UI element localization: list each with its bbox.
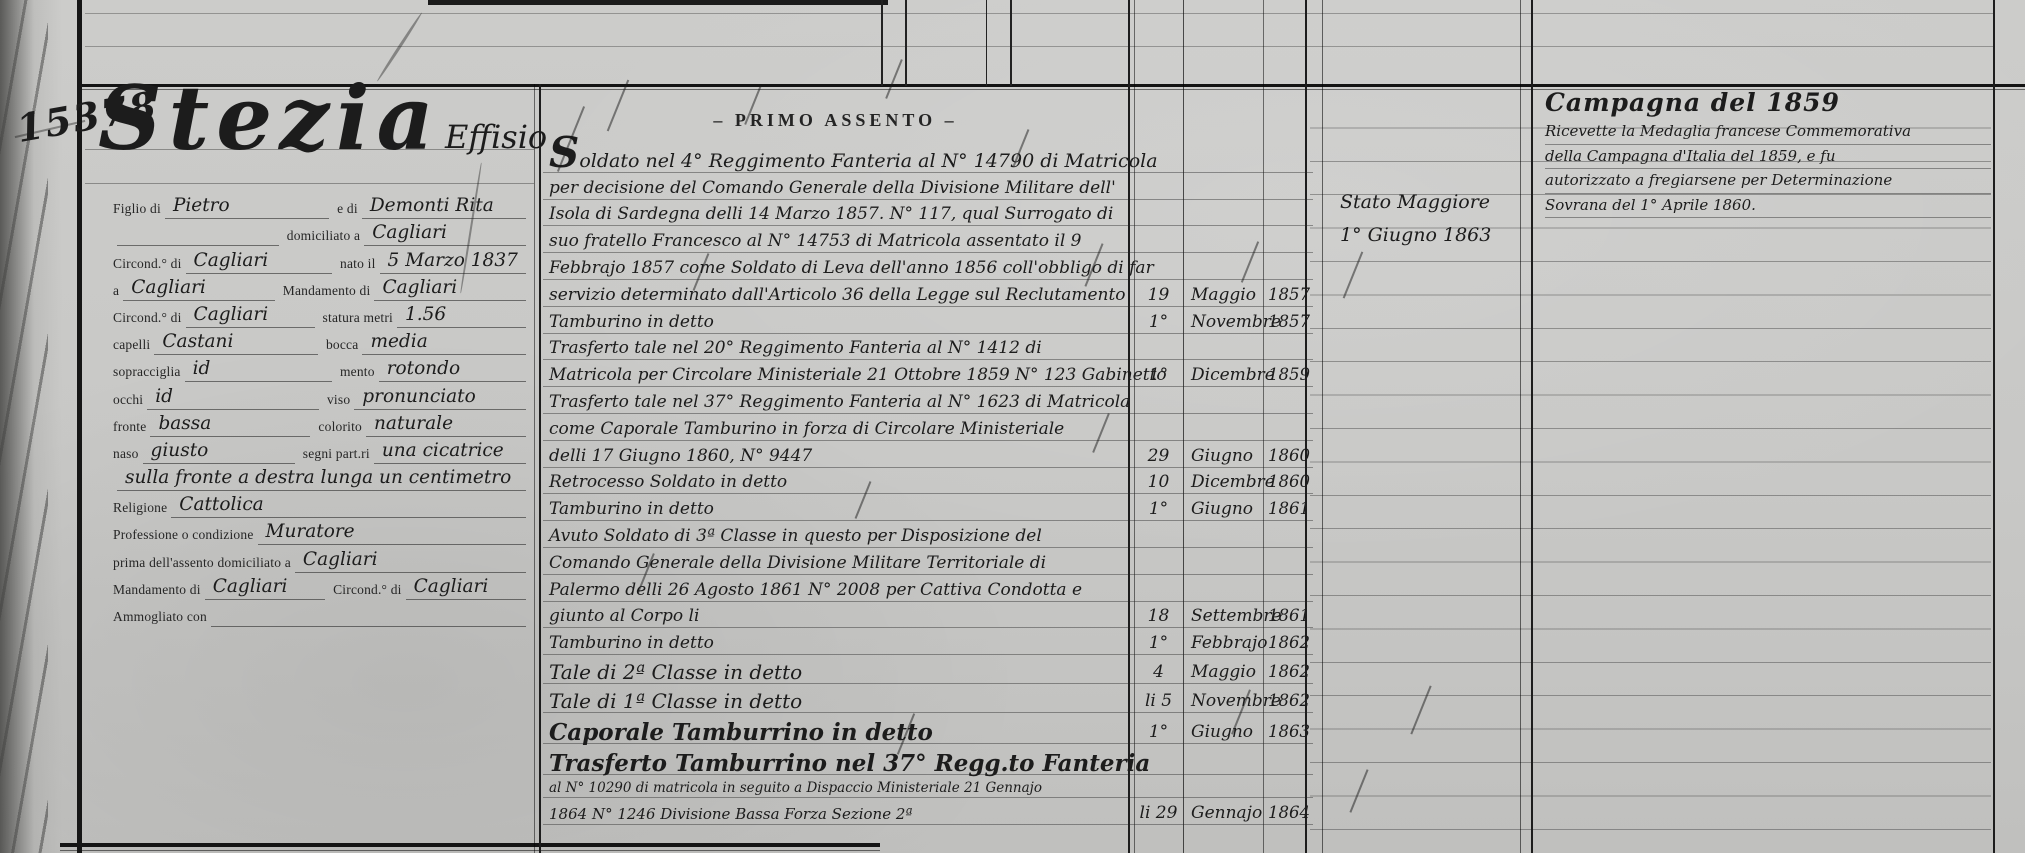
service-entry-row: Trasferto Tamburrino nel 37° Regg.to Fan…	[543, 744, 1313, 775]
entry-year: 1859	[1266, 364, 1312, 386]
service-entry-text: Tale di 1ª Classe in detto	[549, 690, 1124, 713]
service-entry-text: Febbrajo 1857 come Soldato di Leva dell'…	[549, 257, 1124, 280]
form-field-row: naso giusto segni part.ri una cicatrice	[85, 437, 536, 464]
entry-month: Dicembre	[1188, 471, 1269, 493]
service-entry-row: Tale di 1ª Classe in detto li 5 Novembre…	[543, 684, 1313, 713]
entry-day: li 5	[1135, 690, 1182, 712]
vertical-rule-top	[1010, 0, 1012, 86]
entry-day: li 29	[1135, 802, 1182, 824]
service-entry-row: per decisione del Comando Generale della…	[543, 173, 1313, 200]
check-mark	[885, 59, 903, 99]
field-label: fronte	[113, 419, 150, 437]
entry-year: 1864	[1266, 802, 1312, 824]
form-field-row: Circond.° di Cagliari statura metri 1.56	[85, 301, 536, 328]
field-value: Cagliari	[186, 251, 332, 274]
horizontal-rule	[85, 13, 1993, 14]
field-value: Cagliari	[123, 278, 275, 301]
service-entry-row: Palermo delli 26 Agosto 1861 N° 2008 per…	[543, 575, 1313, 602]
service-entry-row: Tamburino in detto 1° Febbrajo 1862	[543, 628, 1313, 655]
entry-month: Febbrajo	[1188, 632, 1269, 654]
service-entry-text: Trasferto tale nel 37° Reggimento Fanter…	[549, 391, 1124, 414]
campaign-title: Campagna del 1859	[1545, 86, 1991, 120]
form-field-row: Ammogliato con	[85, 600, 536, 627]
service-entry-text: Tale di 2ª Classe in detto	[549, 661, 1124, 684]
field-value: giusto	[143, 441, 295, 464]
service-entry-row: 1864 N° 1246 Divisione Bassa Forza Sezio…	[543, 798, 1313, 825]
service-entry-row: Caporale Tamburrino in detto 1° Giugno 1…	[543, 713, 1313, 744]
form-field-row: Figlio di Pietro e di Demonti Rita	[85, 192, 536, 219]
service-entry-text: Comando Generale della Divisione Militar…	[549, 552, 1124, 575]
field-value: sulla fronte a destra lunga un centimetr…	[117, 468, 526, 491]
service-entry-text: al N° 10290 di matricola in seguito a Di…	[549, 779, 1124, 798]
field-label: e di	[337, 201, 362, 219]
field-value	[211, 604, 526, 627]
entry-year: 1863	[1266, 721, 1312, 743]
surname: Stezia	[98, 66, 441, 170]
entry-year: 1862	[1266, 661, 1312, 683]
vertical-rule	[1531, 0, 1533, 853]
service-entry-text: Palermo delli 26 Agosto 1861 N° 2008 per…	[549, 579, 1124, 602]
field-label: bocca	[326, 337, 362, 355]
entry-year: 1857	[1266, 284, 1312, 306]
service-entry-row: servizio determinato dall'Articolo 36 de…	[543, 280, 1313, 307]
form-field-row: Mandamento di Cagliari Circond.° di Cagl…	[85, 573, 536, 600]
entry-month: Maggio	[1188, 661, 1269, 683]
service-entry-text: Tamburino in detto	[549, 632, 1124, 655]
field-value: Demonti Rita	[362, 196, 526, 219]
field-label: Circond.° di	[113, 310, 186, 328]
field-label: segni part.ri	[303, 446, 374, 464]
service-entry-text: Caporale Tamburrino in detto	[549, 721, 1124, 744]
service-entry-text: Trasferto Tamburrino nel 37° Regg.to Fan…	[549, 752, 1124, 775]
form-field-row: capelli Castani bocca media	[85, 328, 536, 355]
stato-maggiore-note: Stato Maggiore 1° Giugno 1863	[1340, 186, 1515, 252]
service-entry-row: Tamburino in detto 1° Giugno 1861	[543, 494, 1313, 521]
service-entry-row: delli 17 Giugno 1860, N° 9447 29 Giugno …	[543, 441, 1313, 468]
service-entry-row: Isola di Sardegna delli 14 Marzo 1857. N…	[543, 200, 1313, 227]
service-entry-text: Soldato nel 4° Reggimento Fanteria al N°…	[549, 147, 1124, 173]
field-label: Figlio di	[113, 201, 165, 219]
field-value: Cattolica	[171, 495, 526, 518]
entry-year: 1860	[1266, 471, 1312, 493]
field-value: pronunciato	[354, 387, 526, 410]
field-label: occhi	[113, 392, 147, 410]
entry-month: Settembre	[1188, 605, 1269, 627]
field-value: id	[147, 387, 319, 410]
service-entry-row: Tamburino in detto 1° Novembre 1857	[543, 307, 1313, 334]
service-entry-row: Avuto Soldato di 3ª Classe in questo per…	[543, 521, 1313, 548]
service-entry-text: Tamburino in detto	[549, 311, 1124, 334]
form-field-row: occhi id viso pronunciato	[85, 382, 536, 409]
entry-day: 1°	[1135, 311, 1182, 333]
field-value: Cagliari	[295, 550, 526, 573]
entry-month: Giugno	[1188, 498, 1269, 520]
form-field-row: Religione Cattolica	[85, 491, 536, 518]
entry-month: Giugno	[1188, 445, 1269, 467]
entry-day: 1°	[1135, 632, 1182, 654]
field-label: capelli	[113, 337, 154, 355]
field-label: nato il	[340, 256, 380, 274]
service-entry-text: come Caporale Tamburino in forza di Circ…	[549, 418, 1124, 441]
service-entry-text: giunto al Corpo li	[549, 605, 1124, 628]
field-value: 1.56	[397, 305, 526, 328]
ruled-lines-left-blank	[85, 634, 534, 850]
service-entry-text: 1864 N° 1246 Divisione Bassa Forza Sezio…	[549, 804, 1124, 825]
field-value: Cagliari	[186, 305, 315, 328]
field-label: Circond.° di	[333, 582, 406, 600]
entry-year: 1857	[1266, 311, 1312, 333]
campaign-note-lines: Ricevette la Medaglia francese Commemora…	[1545, 120, 1991, 218]
horizontal-rule	[428, 0, 888, 5]
field-label: a	[113, 283, 123, 301]
service-entry-text: suo fratello Francesco al N° 14753 di Ma…	[549, 230, 1124, 253]
entry-day: 29	[1135, 445, 1182, 467]
field-value: Cagliari	[205, 577, 325, 600]
entry-day: 1°	[1135, 364, 1182, 386]
vertical-rule	[539, 84, 541, 853]
field-value: Cagliari	[406, 577, 526, 600]
entry-day: 1°	[1135, 498, 1182, 520]
field-value: bassa	[150, 414, 310, 437]
campaign-note-line: Ricevette la Medaglia francese Commemora…	[1545, 120, 1991, 145]
form-field-row: fronte bassa colorito naturale	[85, 410, 536, 437]
form-field-row: sulla fronte a destra lunga un centimetr…	[85, 464, 536, 491]
field-label: Professione o condizione	[113, 527, 258, 545]
entry-day: 10	[1135, 471, 1182, 493]
entry-month: Novembre	[1188, 690, 1269, 712]
first-name: Effisio	[445, 118, 547, 156]
service-entry-text: delli 17 Giugno 1860, N° 9447	[549, 445, 1124, 468]
service-entry-row: Tale di 2ª Classe in detto 4 Maggio 1862	[543, 655, 1313, 684]
horizontal-rule	[85, 46, 1993, 47]
field-label: sopracciglia	[113, 364, 185, 382]
entry-month: Maggio	[1188, 284, 1269, 306]
stato-maggiore-line2: 1° Giugno 1863	[1340, 219, 1515, 252]
campaign-note-line: della Campagna d'Italia del 1859, e fu	[1545, 145, 1991, 170]
field-label: Ammogliato con	[113, 609, 211, 627]
service-record-entries: Soldato nel 4° Reggimento Fanteria al N°…	[543, 146, 1313, 825]
service-entry-text: per decisione del Comando Generale della…	[549, 177, 1124, 200]
service-entry-row: Soldato nel 4° Reggimento Fanteria al N°…	[543, 146, 1313, 173]
service-entry-row: come Caporale Tamburino in forza di Circ…	[543, 414, 1313, 441]
vertical-rule-top	[905, 0, 907, 86]
service-entry-row: suo fratello Francesco al N° 14753 di Ma…	[543, 226, 1313, 253]
next-record-top-border	[60, 843, 880, 847]
personal-details-form: Figlio di Pietro e di Demonti Rita domic…	[85, 192, 536, 627]
entry-month: Novembre	[1188, 311, 1269, 333]
field-value: rotondo	[379, 359, 526, 382]
field-value: 5 Marzo 1837	[380, 251, 526, 274]
field-value: Cagliari	[374, 278, 526, 301]
service-entry-text: Isola di Sardegna delli 14 Marzo 1857. N…	[549, 203, 1124, 226]
field-label: naso	[113, 446, 143, 464]
entry-day: 18	[1135, 605, 1182, 627]
field-value: naturale	[366, 414, 526, 437]
field-value: Pietro	[165, 196, 329, 219]
field-value	[117, 223, 279, 246]
entry-month: Dicembre	[1188, 364, 1269, 386]
entry-day: 19	[1135, 284, 1182, 306]
vertical-rule-top	[881, 0, 883, 86]
register-page: 15378 Stezia Effisio Figlio di Pietro e …	[0, 0, 2025, 853]
form-field-row: Professione o condizione Muratore	[85, 518, 536, 545]
service-entry-row: Trasferto tale nel 20° Reggimento Fanter…	[543, 334, 1313, 361]
field-label: domiciliato a	[287, 228, 364, 246]
service-entry-row: Retrocesso Soldato in detto 10 Dicembre …	[543, 468, 1313, 495]
entry-year: 1860	[1266, 445, 1312, 467]
horizontal-rule	[60, 850, 880, 851]
service-entry-row: Febbrajo 1857 come Soldato di Leva dell'…	[543, 253, 1313, 280]
field-label: Religione	[113, 500, 171, 518]
field-label: statura metri	[323, 310, 397, 328]
campaign-notes: Campagna del 1859 Ricevette la Medaglia …	[1545, 86, 1991, 218]
vertical-rule	[1993, 0, 1995, 853]
entry-month: Giugno	[1188, 721, 1269, 743]
service-entry-row: al N° 10290 di matricola in seguito a Di…	[543, 775, 1313, 798]
vertical-rule	[1520, 0, 1521, 853]
field-value: id	[185, 359, 332, 382]
service-entry-row: Trasferto tale nel 37° Reggimento Fanter…	[543, 387, 1313, 414]
entry-year: 1861	[1266, 605, 1312, 627]
field-label: prima dell'assento domiciliato a	[113, 555, 295, 573]
field-label: Mandamento di	[283, 283, 375, 301]
service-entry-row: Comando Generale della Divisione Militar…	[543, 548, 1313, 575]
service-entry-text: Matricola per Circolare Ministeriale 21 …	[549, 364, 1124, 387]
entry-year: 1862	[1266, 632, 1312, 654]
form-field-row: a Cagliari Mandamento di Cagliari	[85, 274, 536, 301]
service-entry-text: servizio determinato dall'Articolo 36 de…	[549, 284, 1124, 307]
stato-maggiore-line1: Stato Maggiore	[1340, 186, 1515, 219]
field-value: Muratore	[258, 522, 526, 545]
field-label: Mandamento di	[113, 582, 205, 600]
service-entry-text: Trasferto tale nel 20° Reggimento Fanter…	[549, 337, 1124, 360]
entry-year: 1862	[1266, 690, 1312, 712]
entry-month: Gennajo	[1188, 802, 1269, 824]
service-entry-row: Matricola per Circolare Ministeriale 21 …	[543, 360, 1313, 387]
vertical-rule-top	[986, 0, 987, 86]
form-field-row: sopracciglia id mento rotondo	[85, 355, 536, 382]
entry-day: 4	[1135, 661, 1182, 683]
vertical-rule	[1322, 0, 1323, 853]
field-label: Circond.° di	[113, 256, 186, 274]
campaign-note-line: Sovrana del 1° Aprile 1860.	[1545, 194, 1991, 219]
field-label: viso	[327, 392, 354, 410]
field-value: media	[362, 332, 526, 355]
campaign-note-line: autorizzato a fregiarsene per Determinaz…	[1545, 169, 1991, 194]
entry-day: 1°	[1135, 721, 1182, 743]
field-value: Castani	[154, 332, 318, 355]
entry-year: 1861	[1266, 498, 1312, 520]
field-value: Cagliari	[364, 223, 526, 246]
service-entry-row: giunto al Corpo li 18 Settembre 1861	[543, 602, 1313, 629]
form-field-row: domiciliato a Cagliari	[85, 219, 536, 246]
service-entry-text: Tamburino in detto	[549, 498, 1124, 521]
field-value: una cicatrice	[374, 441, 526, 464]
field-label: mento	[340, 364, 379, 382]
form-field-row: prima dell'assento domiciliato a Cagliar…	[85, 545, 536, 572]
horizontal-rule	[85, 183, 534, 184]
service-entry-text: Retrocesso Soldato in detto	[549, 471, 1124, 494]
form-field-row: Circond.° di Cagliari nato il 5 Marzo 18…	[85, 246, 536, 273]
primo-assento-header: – PRIMO ASSENTO –	[543, 110, 1128, 131]
service-entry-text: Avuto Soldato di 3ª Classe in questo per…	[549, 525, 1124, 548]
field-label: colorito	[318, 419, 366, 437]
